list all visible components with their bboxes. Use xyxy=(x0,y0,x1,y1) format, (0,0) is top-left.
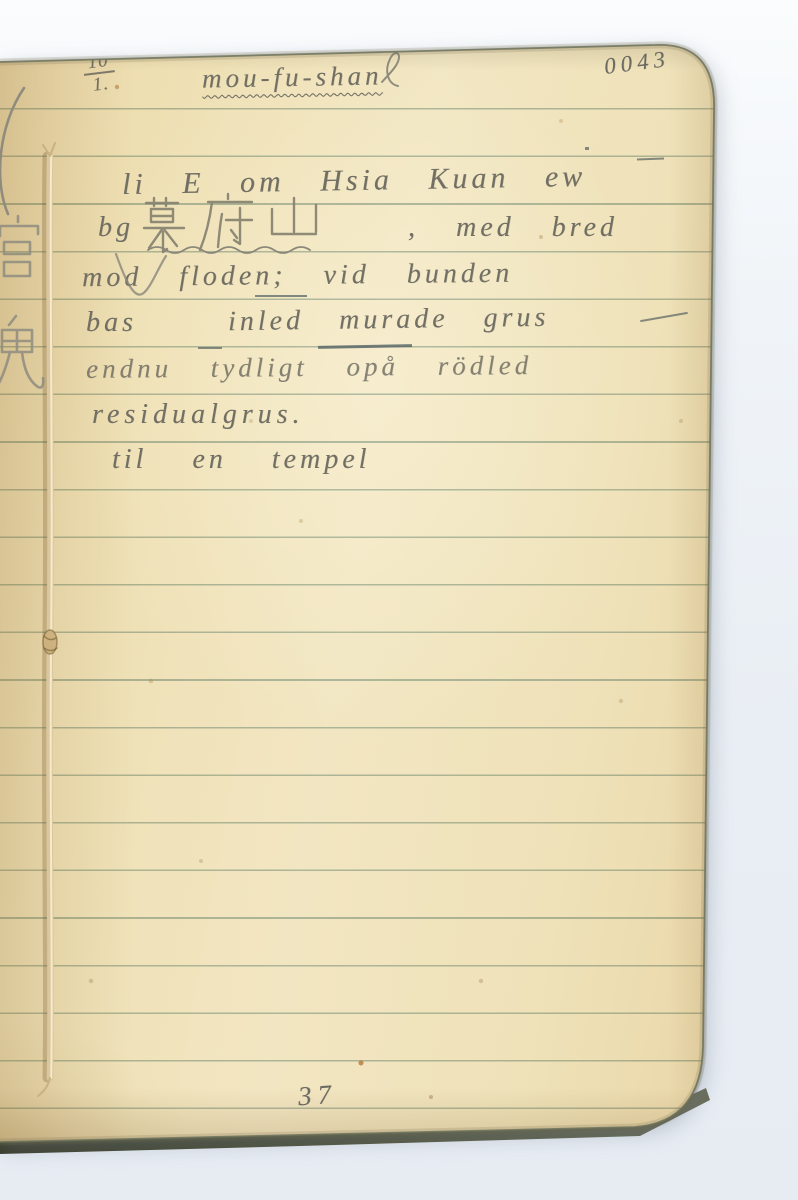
handwritten-line-2-prefix: bg xyxy=(98,212,134,244)
date-numerator: 10 xyxy=(81,50,114,76)
page-heading: mou-fu-shan xyxy=(202,60,383,94)
pencil-underline xyxy=(255,295,307,297)
notebook-page: 官 鬼 10 1. mou-fu-shan 0043 xyxy=(0,0,798,1200)
pencil-dash xyxy=(198,347,222,349)
hanzi-mufushan-text: 幕府山 xyxy=(0,0,1,1)
margin-hanzi xyxy=(0,212,44,412)
page-number: 37 xyxy=(297,1079,338,1113)
descender-stroke xyxy=(112,252,174,304)
paper-speckles xyxy=(0,0,2,2)
handwritten-line-5: endnu tydligt opå rödled xyxy=(86,350,532,385)
handwritten-line-4b: inled murade grus xyxy=(228,302,550,338)
margin-hanzi-text: 官 鬼 xyxy=(0,0,1,1)
page-date: 10 1. xyxy=(81,50,117,97)
scanned-notebook-photo: 官 鬼 10 1. mou-fu-shan 0043 xyxy=(0,0,798,1200)
facing-page-stroke xyxy=(0,86,34,218)
handwritten-line-2-suffix: , med bred xyxy=(408,212,618,244)
date-denominator: 1. xyxy=(91,73,110,97)
handwritten-line-6: residualgrus. xyxy=(92,399,305,431)
handwritten-line-4a: bas xyxy=(86,307,137,339)
pencil-dot xyxy=(585,147,589,150)
handwritten-line-7: til en tempel xyxy=(112,444,370,476)
